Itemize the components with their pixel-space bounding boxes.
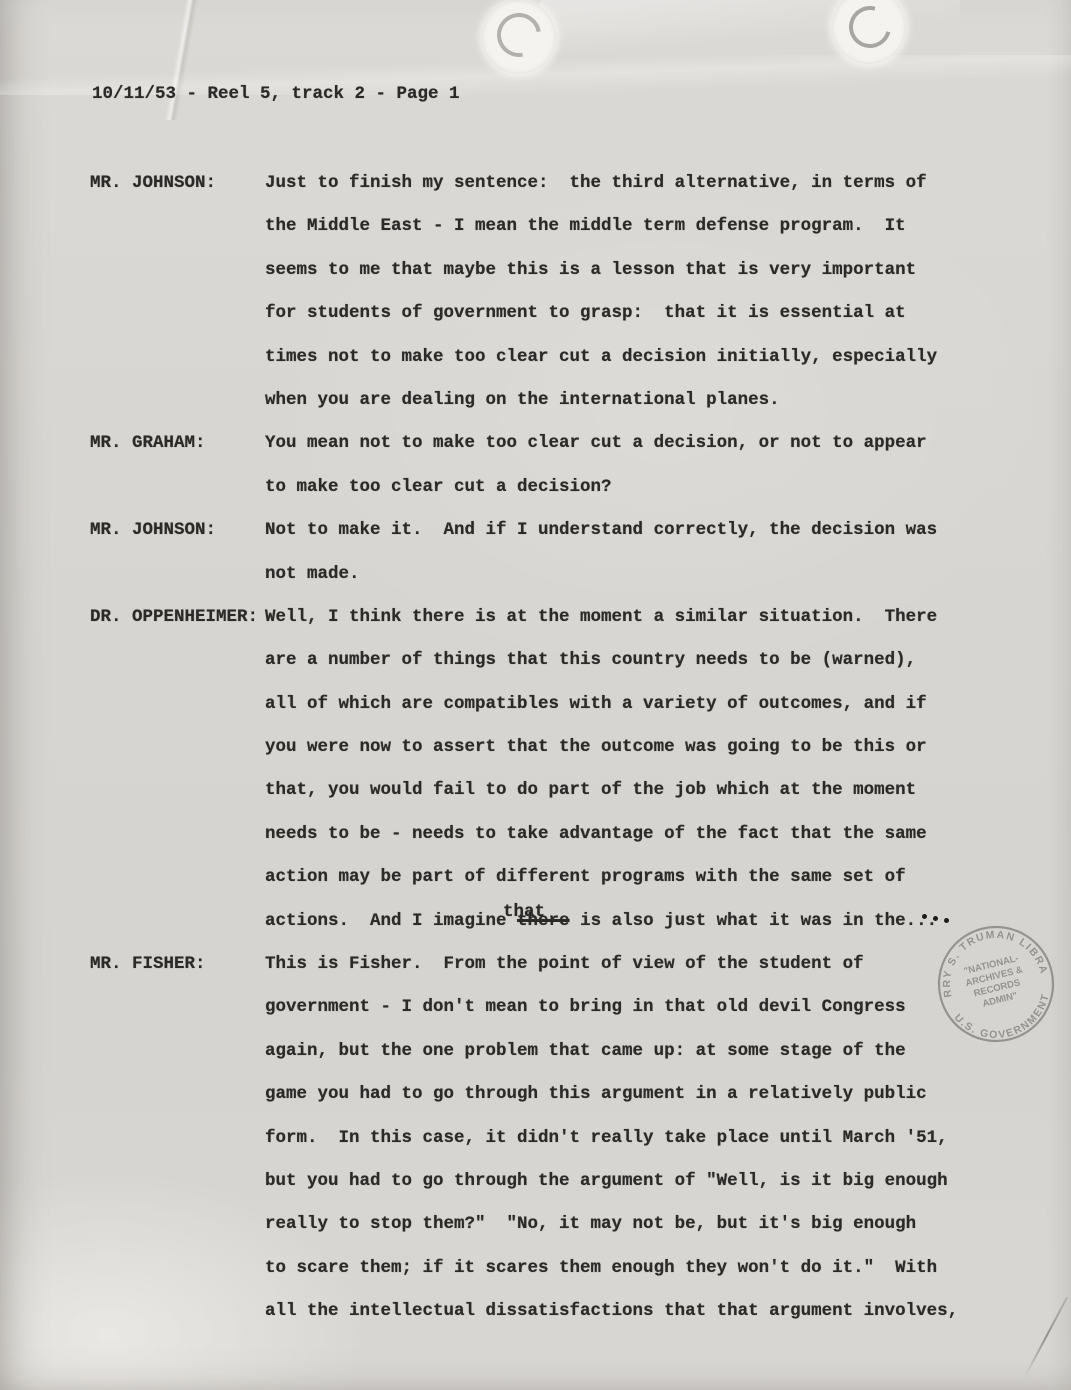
- interlinear-insertion: that: [503, 891, 545, 934]
- dialogue-line: Well, I think there is at the moment a s…: [265, 596, 1071, 639]
- dialogue-line: game you had to go through this argument…: [265, 1073, 1071, 1116]
- dialogue-line: the Middle East - I mean the middle term…: [265, 205, 1071, 248]
- punch-hole-left: [482, 0, 556, 74]
- dialogue-line: needs to be - needs to take advantage of…: [265, 813, 1071, 856]
- dialogue-line: that, you would fail to do part of the j…: [265, 769, 1071, 812]
- speaker-label: DR. OPPENHEIMER:: [90, 596, 258, 639]
- speaker-label: MR. GRAHAM:: [90, 422, 206, 465]
- punch-hole-ring-icon: [841, 0, 898, 56]
- dialogue-line: Not to make it. And if I understand corr…: [265, 509, 1071, 552]
- transcript-body: MR. JOHNSON: Just to finish my sentence:…: [0, 162, 1071, 1334]
- dialogue-line: to make too clear cut a decision?: [265, 466, 1071, 509]
- dialogue-line: all the intellectual dissatisfactions th…: [265, 1290, 1071, 1333]
- dialogue-line: but you had to go through the argument o…: [265, 1160, 1071, 1203]
- speaker-label: MR. FISHER:: [90, 943, 206, 986]
- dialogue-line: when you are dealing on the internationa…: [265, 379, 1071, 422]
- speaker-label: MR. JOHNSON:: [90, 162, 216, 205]
- document-header: 10/11/53 - Reel 5, track 2 - Page 1: [92, 84, 460, 104]
- speech-johnson-1: MR. JOHNSON: Just to finish my sentence:…: [0, 162, 1071, 422]
- dialogue-line: seems to me that maybe this is a lesson …: [265, 249, 1071, 292]
- correction-suffix: is also just what it was in the...: [570, 911, 938, 931]
- dialogue-line: You mean not to make too clear cut a dec…: [265, 422, 1071, 465]
- speech-johnson-2: MR. JOHNSON: Not to make it. And if I un…: [0, 509, 1071, 596]
- struck-word: therethat: [517, 911, 570, 931]
- dialogue-line: you were now to assert that the outcome …: [265, 726, 1071, 769]
- dialogue-line: to scare them; if it scares them enough …: [265, 1247, 1071, 1290]
- dialogue-line: really to stop them?" "No, it may not be…: [265, 1203, 1071, 1246]
- dialogue-line: not made.: [265, 553, 1071, 596]
- dialogue-line: times not to make too clear cut a decisi…: [265, 336, 1071, 379]
- dialogue-line: are a number of things that this country…: [265, 639, 1071, 682]
- speech-fisher: MR. FISHER: This is Fisher. From the poi…: [0, 943, 1071, 1334]
- dialogue-line: Just to finish my sentence: the third al…: [265, 162, 1071, 205]
- punch-hole-ring-icon: [488, 4, 549, 65]
- speech-graham: MR. GRAHAM: You mean not to make too cle…: [0, 422, 1071, 509]
- speech-oppenheimer: DR. OPPENHEIMER: Well, I think there is …: [0, 596, 1071, 943]
- correction-prefix: actions. And I imagine: [265, 911, 517, 931]
- speaker-label: MR. JOHNSON:: [90, 509, 216, 552]
- dialogue-line: form. In this case, it didn't really tak…: [265, 1117, 1071, 1160]
- scanned-transcript-page: 10/11/53 - Reel 5, track 2 - Page 1 MR. …: [0, 0, 1071, 1390]
- dialogue-line: action may be part of different programs…: [265, 856, 1071, 899]
- dialogue-line: for students of government to grasp: tha…: [265, 292, 1071, 335]
- punch-hole-right: [832, 0, 906, 64]
- dialogue-line: all of which are compatibles with a vari…: [265, 683, 1071, 726]
